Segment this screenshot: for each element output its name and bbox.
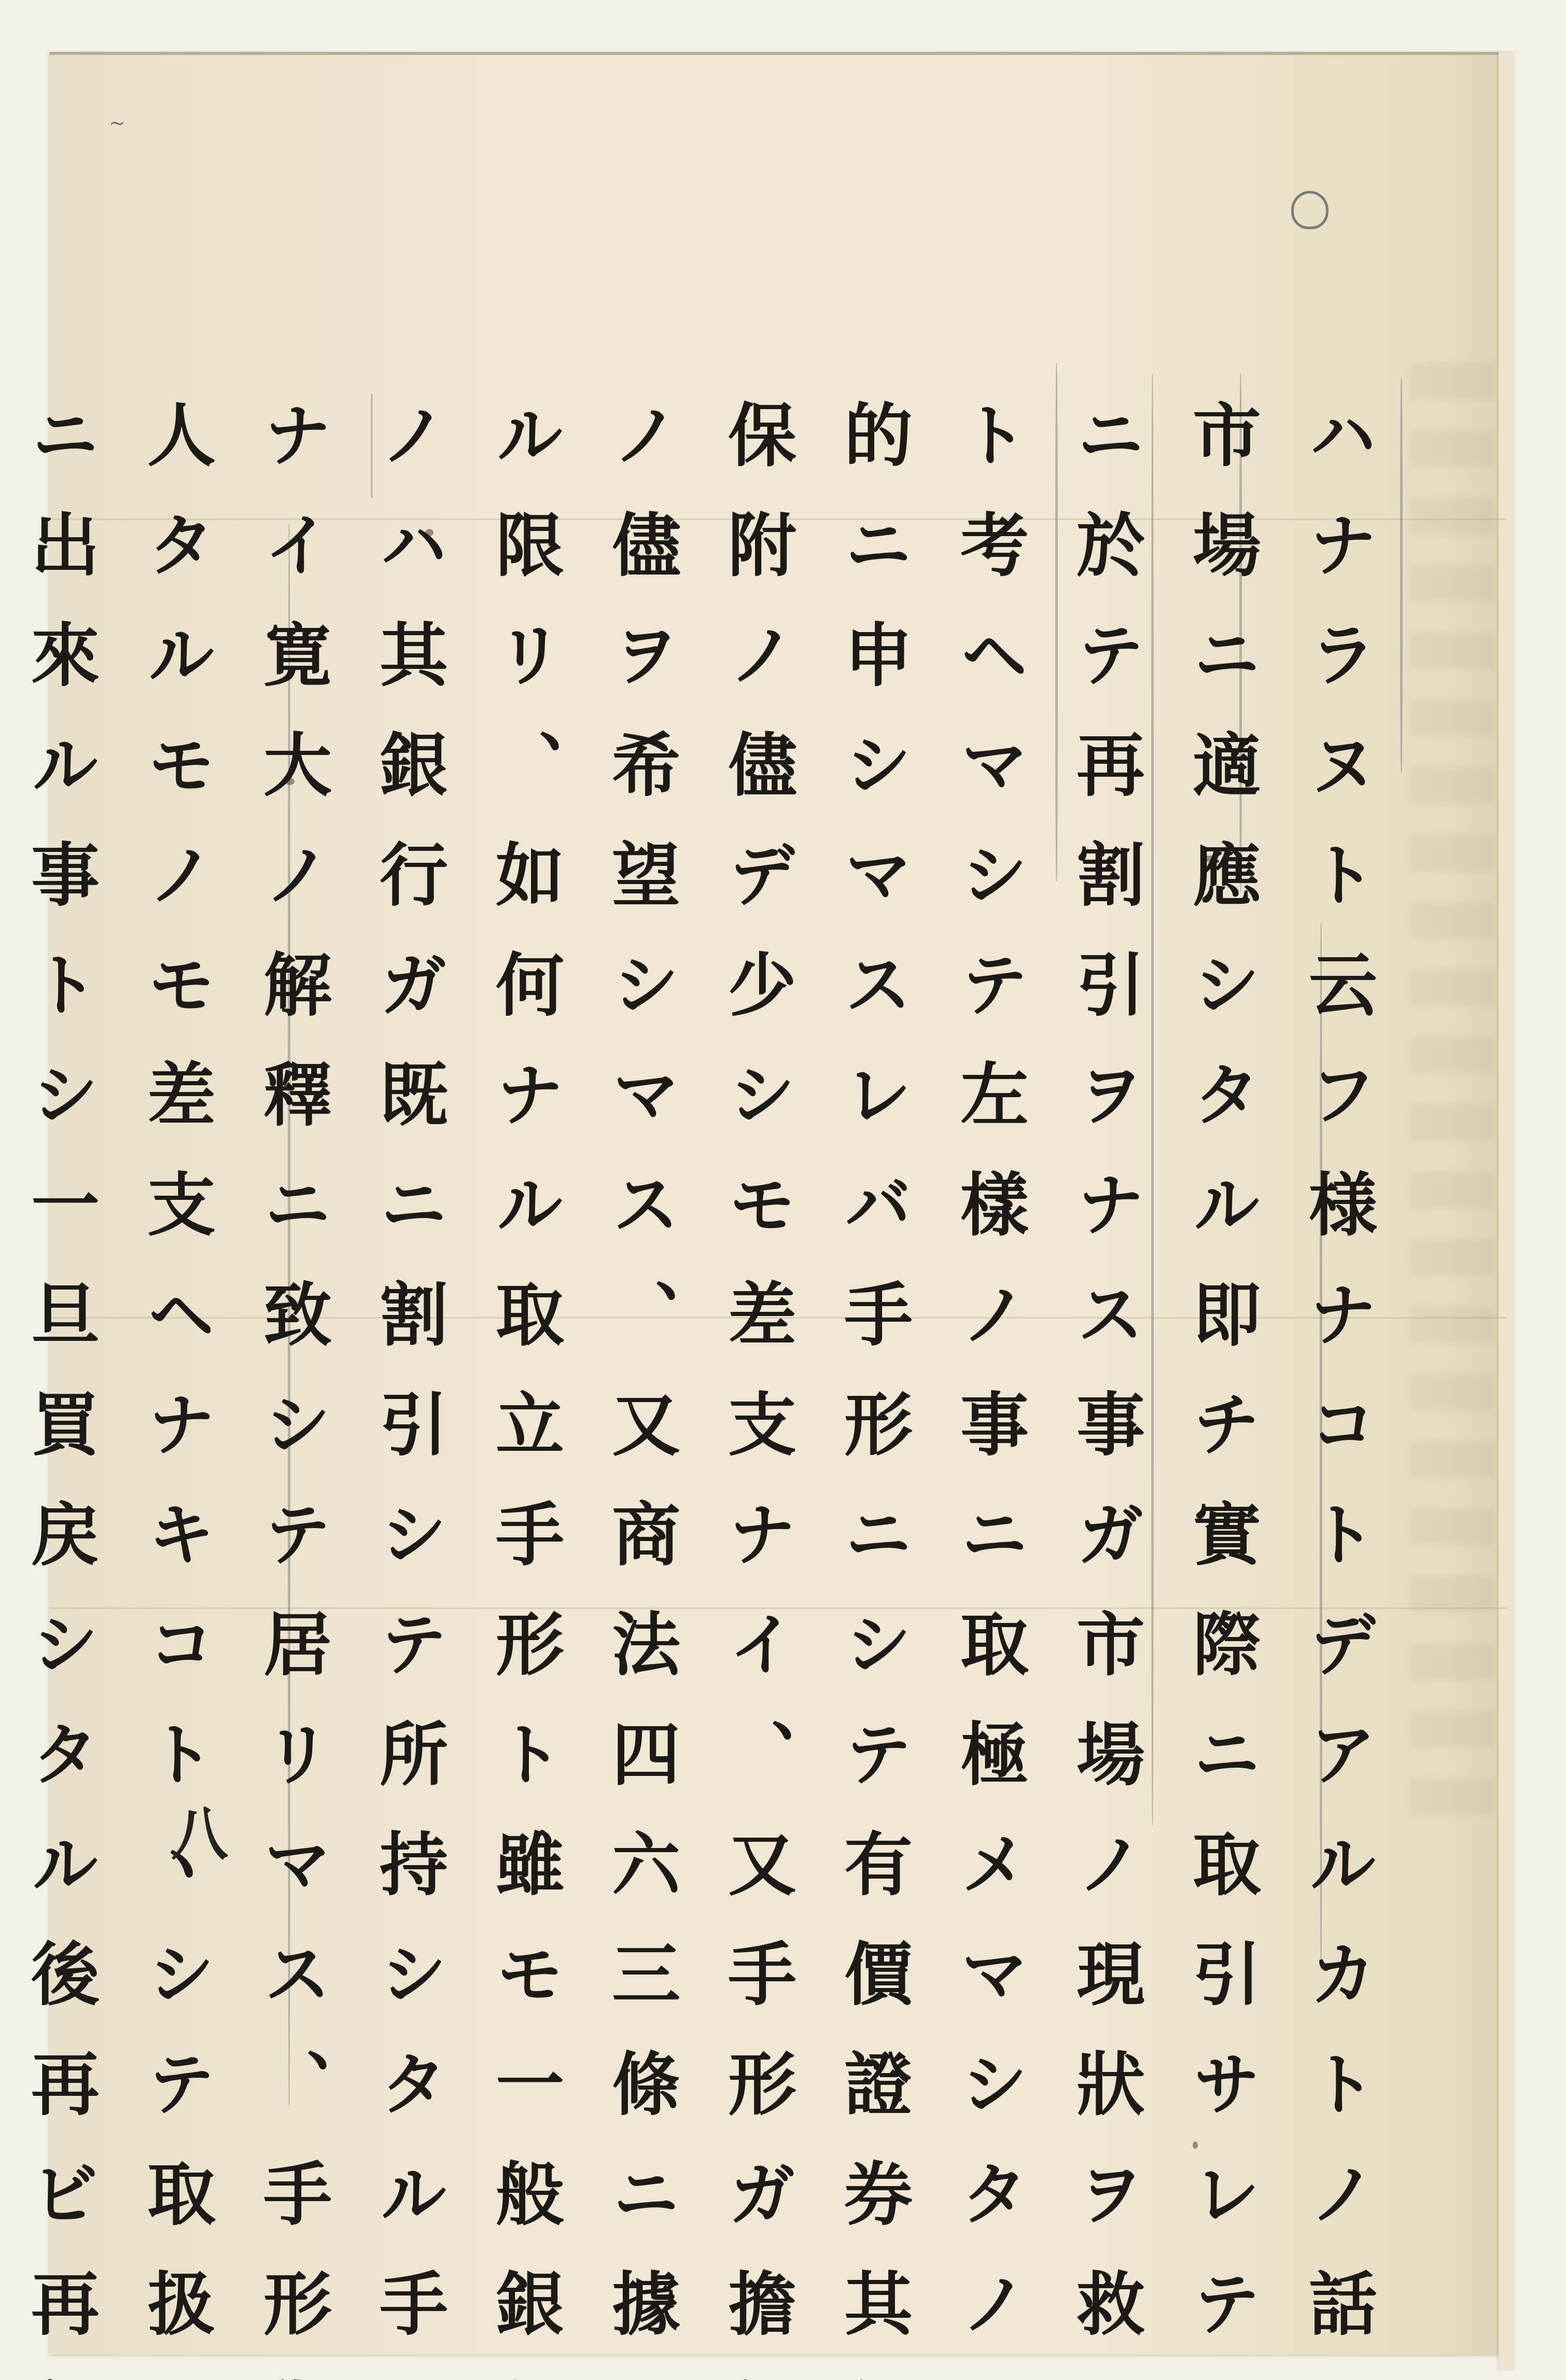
text-column: ト考ヘマシテ左樣ノ事ニ取極メマシタノデアリマス、言葉ヲ換ヘテ具体 [930,399,1046,2048]
text-column: ニ於テ再割引ヲナス事ガ市場ノ現狀ヲ救フ所以デアッテ一番良イ方法カ [1046,399,1163,2048]
text-column: ル限リ、如何ナル取立手形ト雖モ一般銀行ガ裏書或ハ所有サレテ居ルモ [466,399,582,2048]
corner-mark: ~ [109,111,123,134]
text-column: 保附ノ儘デ少シモ差支ナイ、又手形ガ擔保トナッテ居ルモノハ其手形附 [698,399,814,2048]
show-through-text [1410,363,1493,1815]
page-edge [1499,52,1514,2370]
page-number: 八 [171,1789,228,1871]
text-column: 市場ニ適應シタル即チ實際ニ取引サレテ居ル狀態其ノ儘ニ依リ日本銀行 [1163,399,1279,2048]
text-column: ノ儘ヲ希望シマス、又商法四六三條ニ據ル單純ナル取立ノ爲ト記載セザ [582,399,698,2048]
text-column: 繫ガアレバ差支アリマセヌ、ソレカラ手形ノ一部入金ノ如キハ無論歡迎 [0,399,1,2048]
text-column: ニ出來ル事トシ一旦買戻シタル後再ビ再割引ノ依頼アルモ舊手形トノ連 [1,399,117,2048]
text-column: 的ニ申シマスレバ手形ニシテ有價證券其他ノ擔保ガ附イテ居ルモノハ擔 [814,399,930,2048]
text-column: ハナラヌト云フ様ナコトデアルカトノ話モ聞キマシタガ、是ハ成ルベク [1279,399,1395,2048]
pencil-line [1400,379,1403,773]
pencil-circle-mark [1291,191,1329,229]
text-column: ナイ寛大ノ解釋ニ致シテ居リマス、手形貸附即チ所持人タル銀行ガ受取 [233,399,349,2048]
text-column: ノハ其銀行ガ既ニ割引シテ所持シタル手形ト認メ再割引致スニ毫モ差支 [349,399,466,2048]
